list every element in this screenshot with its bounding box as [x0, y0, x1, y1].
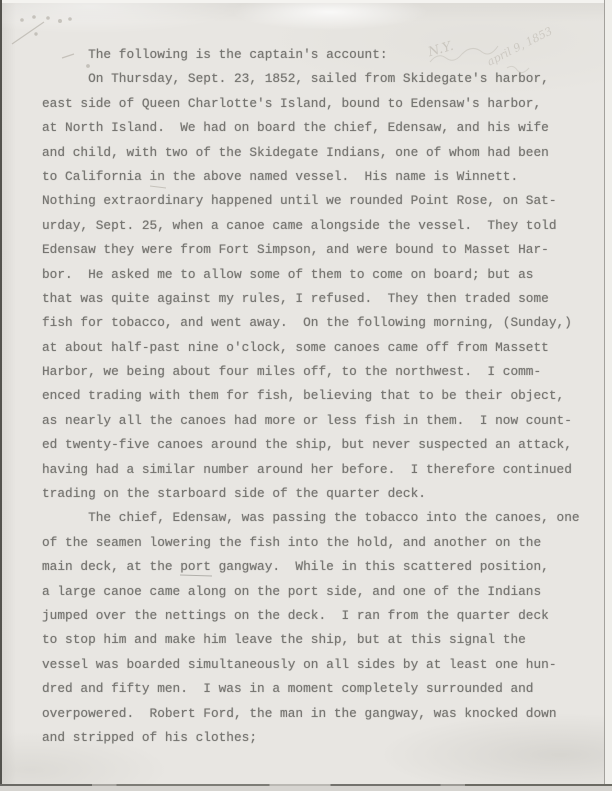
- text-line: The following is the captain's account:: [42, 43, 594, 67]
- scanned-page: N.Y. april 9, 1853 The following is the …: [0, 0, 612, 791]
- text-line: that was quite against my rules, I refus…: [42, 287, 594, 311]
- text-line: to California in the above named vessel.…: [42, 165, 594, 189]
- text-line: The chief, Edensaw, was passing the toba…: [42, 506, 594, 530]
- text-line: urday, Sept. 25, when a canoe came along…: [42, 214, 594, 238]
- text-line: fish for tobacco, and went away. On the …: [42, 311, 594, 335]
- text-line: and stripped of his clothes;: [42, 726, 594, 750]
- text-line: bor. He asked me to allow some of them t…: [42, 263, 594, 287]
- text-line: having had a similar number around her b…: [42, 458, 594, 482]
- text-line: as nearly all the canoes had more or les…: [42, 409, 594, 433]
- text-line: dred and fifty men. I was in a moment co…: [42, 677, 594, 701]
- scan-edge-top: [0, 0, 612, 3]
- text-line: enced trading with them for fish, believ…: [42, 384, 594, 408]
- text-line: at North Island. We had on board the chi…: [42, 116, 594, 140]
- text-line: Harbor, we being about four miles off, t…: [42, 360, 594, 384]
- text-line: main deck, at the port gangway. While in…: [42, 555, 594, 579]
- scan-edge-right: [604, 0, 612, 791]
- text-line: On Thursday, Sept. 23, 1852, sailed from…: [42, 67, 594, 91]
- text-line: and child, with two of the Skidegate Ind…: [42, 141, 594, 165]
- scan-edge-bottom: [0, 784, 612, 791]
- text-line: Nothing extraordinary happened until we …: [42, 189, 594, 213]
- text-line: vessel was boarded simultaneously on all…: [42, 653, 594, 677]
- typewritten-text: The following is the captain's account: …: [42, 43, 594, 750]
- text-line: jumped over the nettings on the deck. I …: [42, 604, 594, 628]
- scan-edge-left: [0, 0, 2, 791]
- text-line: Edensaw they were from Fort Simpson, and…: [42, 238, 594, 262]
- text-line: ed twenty-five canoes around the ship, b…: [42, 433, 594, 457]
- text-line: at about half-past nine o'clock, some ca…: [42, 336, 594, 360]
- text-line: trading on the starboard side of the qua…: [42, 482, 594, 506]
- text-line: to stop him and make him leave the ship,…: [42, 628, 594, 652]
- text-line: east side of Queen Charlotte's Island, b…: [42, 92, 594, 116]
- text-line: a large canoe came along on the port sid…: [42, 580, 594, 604]
- text-line: of the seamen lowering the fish into the…: [42, 531, 594, 555]
- text-line: overpowered. Robert Ford, the man in the…: [42, 702, 594, 726]
